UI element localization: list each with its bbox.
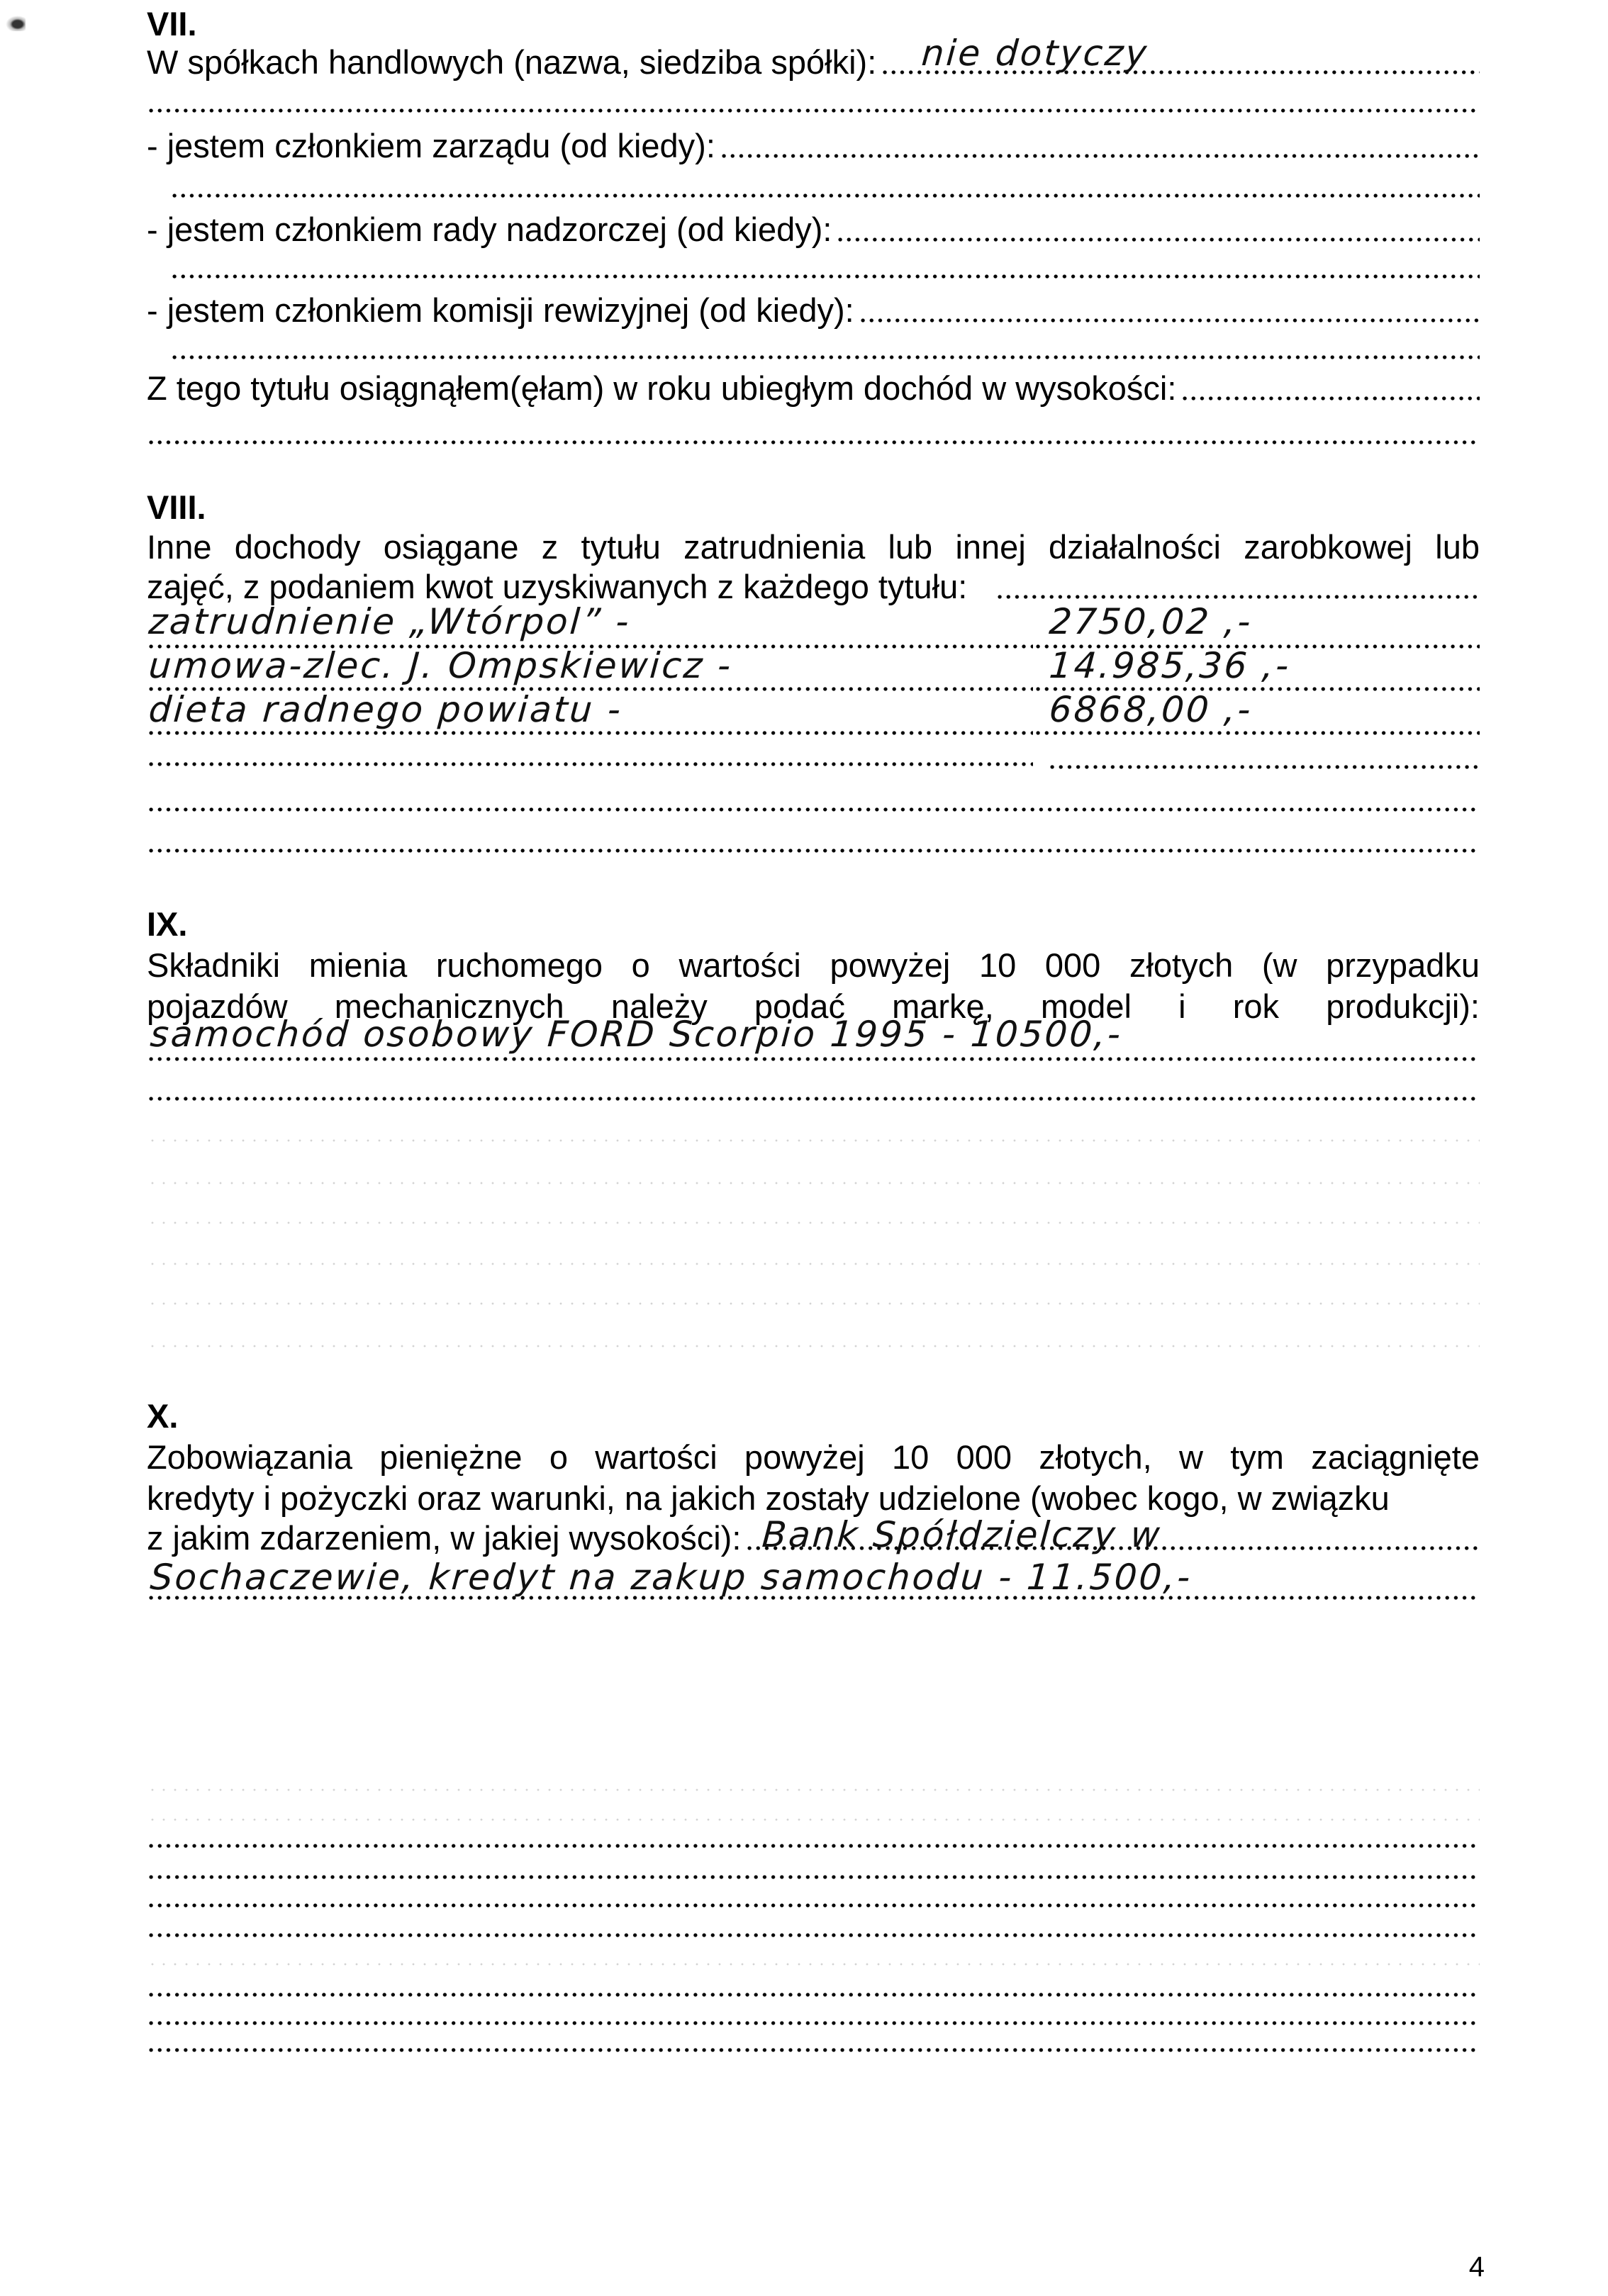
faint-dotted-line [147,1181,1480,1185]
dotted-line [147,108,1480,113]
section-x-text-line1: Zobowiązania pieniężne o wartości powyże… [147,1438,1480,1477]
dotted-line [147,439,1480,445]
liabilities-answer-line2: Sochaczewie, kredyt na zakup samochodu -… [149,1557,1193,1598]
faint-dotted-line [147,1221,1480,1225]
dotted-line [859,318,1480,323]
section-vii-heading: VII. [147,4,197,44]
dotted-line [1034,730,1480,736]
faint-dotted-line [147,1818,1480,1822]
section-viii-text-line1: Inne dochody osiągane z tytułu zatrudnie… [147,527,1480,567]
dotted-line [147,1595,1480,1601]
faint-dotted-line [147,1344,1480,1348]
section-x-heading: X. [147,1396,178,1436]
dotted-line[interactable] [147,1932,1480,1938]
supervisory-board-field[interactable]: - jestem członkiem rady nadzorczej (od k… [147,210,1480,250]
movable-property-answer: samochód osobowy FORD Scorpio 1995 - 105… [149,1014,1124,1055]
dotted-line [147,730,1033,736]
section-x-text-line2: kredyty i pożyczki oraz warunki, na jaki… [147,1479,1390,1518]
management-board-field[interactable]: - jestem członkiem zarządu (od kiedy): [147,126,1480,166]
faint-dotted-line [147,1138,1480,1143]
page-number: 4 [1469,2251,1485,2283]
income-label: Z tego tytułu osiągnąłem(ęłam) w roku ub… [147,369,1176,408]
dotted-line [170,274,1480,279]
dotted-line [170,354,1480,360]
dotted-line [147,1096,1480,1102]
section-viii-heading: VIII. [147,488,206,527]
section-viii-description: Inne dochody osiągane z tytułu zatrudnie… [147,527,1480,567]
section-ix-text-line1: Składniki mienia ruchomego o wartości po… [147,946,1480,985]
companies-label: W spółkach handlowych (nazwa, siedziba s… [147,43,876,82]
income-entry-1-description: zatrudnienie „Wtórpol” - [147,601,632,642]
dotted-line[interactable] [147,1992,1480,1998]
income-entry-1-amount: 2750,02 ,- [1048,601,1254,642]
section-x-description-2: kredyty i pożyczki oraz warunki, na jaki… [147,1479,1480,1518]
dotted-line [147,848,1480,853]
dotted-line[interactable] [147,1903,1480,1908]
audit-committee-label: - jestem członkiem komisji rewizyjnej (o… [147,291,854,330]
dotted-line [147,807,1480,812]
section-x-description: Zobowiązania pieniężne o wartości powyże… [147,1438,1480,1477]
income-entry-3-description: dieta radnego powiatu - [147,689,624,730]
supervisory-board-label: - jestem członkiem rady nadzorczej (od k… [147,210,832,250]
dotted-line[interactable] [147,1874,1480,1880]
income-entry-3-amount: 6868,00 ,- [1048,689,1254,730]
scan-artifact [6,16,26,31]
dotted-line [1048,764,1480,770]
faint-dotted-line [147,1788,1480,1792]
movable-property-field[interactable] [147,1056,1480,1062]
faint-dotted-line [147,1962,1480,1966]
dotted-line [995,594,1480,600]
liabilities-answer-line1: Bank Spółdzielczy w [761,1514,1163,1555]
management-board-label: - jestem członkiem zarządu (od kiedy): [147,126,715,166]
dotted-line[interactable] [147,2020,1480,2026]
section-ix-description: Składniki mienia ruchomego o wartości po… [147,946,1480,985]
dotted-line [836,237,1480,242]
companies-answer: nie dotyczy [920,33,1150,74]
dotted-line [147,761,1033,767]
companies-field[interactable]: W spółkach handlowych (nazwa, siedziba s… [147,43,1480,82]
section-x-text-line3: z jakim zdarzeniem, w jakiej wysokości): [147,1518,741,1558]
income-field[interactable]: Z tego tytułu osiągnąłem(ęłam) w roku ub… [147,369,1480,408]
dotted-line[interactable] [147,1843,1480,1849]
faint-dotted-line [147,1301,1480,1306]
dotted-line [1180,396,1480,401]
income-entry-2-amount: 14.985,36 ,- [1048,645,1292,686]
audit-committee-field[interactable]: - jestem członkiem komisji rewizyjnej (o… [147,291,1480,330]
faint-dotted-line [147,1262,1480,1266]
income-entry-2-description: umowa-zlec. J. Ompskiewicz - [147,645,734,686]
dotted-line [720,153,1480,159]
dotted-line [170,193,1480,198]
dotted-line[interactable] [147,2047,1480,2053]
declaration-page: VII. W spółkach handlowych (nazwa, siedz… [0,0,1608,2296]
section-ix-heading: IX. [147,905,187,944]
